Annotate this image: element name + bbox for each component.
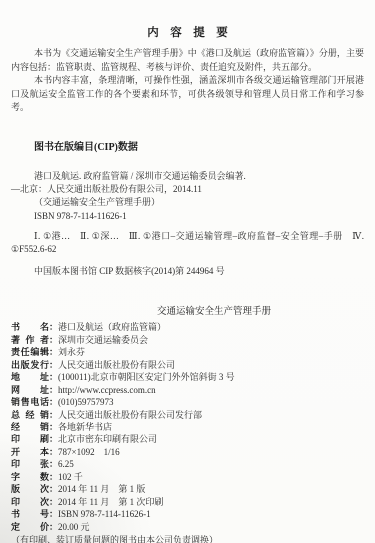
- row-label: 字数: [11, 471, 49, 483]
- row-separator: ：: [49, 422, 58, 432]
- copyright-page: 内 容 提 要 本书为《交通运输安全生产管理手册》中《港口及航运（政府监管篇）》…: [0, 0, 375, 543]
- row-separator: ：: [49, 360, 58, 370]
- summary-heading: 内 容 提 要: [11, 24, 364, 40]
- cip-heading: 图书在版编目(CIP)数据: [34, 138, 364, 153]
- row-value: 787×1092 1/16: [58, 447, 120, 457]
- colophon-row-distributor: 经销：各地新华书店: [11, 421, 364, 433]
- series-title: 交通运输安全生产管理手册: [157, 303, 364, 317]
- row-value: 各地新华书店: [58, 422, 112, 432]
- row-separator: ：: [49, 497, 58, 507]
- colophon-row-book-number: 书号：ISBN 978-7-114-11626-1: [11, 508, 364, 520]
- row-label: 版次: [11, 483, 49, 495]
- cip-registry-number: 中国版本图书馆 CIP 数据核字(2014)第 244964 号: [11, 265, 364, 278]
- row-value: 20.00 元: [58, 522, 90, 532]
- content-summary-section: 内 容 提 要 本书为《交通运输安全生产管理手册》中《港口及航运（政府监管篇）》…: [11, 24, 364, 115]
- row-separator: ：: [49, 434, 58, 444]
- row-value: 深圳市交通运输委员会: [58, 335, 148, 345]
- row-label: 书号: [11, 508, 49, 520]
- row-value: http://www.ccpress.com.cn: [58, 385, 156, 395]
- row-separator: ：: [49, 347, 58, 357]
- row-label: 印张: [11, 458, 49, 470]
- row-value: 港口及航运（政府监管篇）: [58, 322, 166, 332]
- row-separator: ：: [49, 385, 58, 395]
- row-separator: ：: [49, 484, 58, 494]
- row-separator: ：: [49, 410, 58, 420]
- cip-entry-line-1: 港口及航运. 政府监管篇 / 深圳市交通运输委员会编著.: [11, 170, 364, 183]
- row-label: 开本: [11, 446, 49, 458]
- colophon-row-address: 地址：(100011)北京市朝阳区安定门外外馆斜街 3 号: [11, 371, 364, 383]
- row-label: 出版发行: [11, 359, 49, 371]
- row-separator: ：: [49, 459, 58, 469]
- row-separator: ：: [49, 335, 58, 345]
- row-label: 销售电话: [11, 396, 49, 408]
- row-value: 刘永芬: [58, 347, 85, 357]
- cip-data-section: 图书在版编目(CIP)数据 港口及航运. 政府监管篇 / 深圳市交通运输委员会编…: [11, 138, 364, 278]
- colophon-row-impression: 印次：2014 年 11 月 第 1 次印刷: [11, 496, 364, 508]
- cip-series-note: （交通运输安全生产管理手册）: [11, 196, 364, 209]
- row-value: (010)59757973: [58, 397, 114, 407]
- colophon-row-editor: 责任编辑：刘永芬: [11, 346, 364, 358]
- summary-paragraph-2: 本书内容丰富，条理清晰，可操作性强，涵盖深圳市各级交通运输管理部门开展港口及航运…: [11, 74, 364, 115]
- colophon-row-website: 网址：http://www.ccpress.com.cn: [11, 384, 364, 396]
- row-separator: ：: [49, 447, 58, 457]
- row-label: 经销: [11, 421, 49, 433]
- row-value: 6.25: [58, 459, 74, 469]
- cip-classification: Ⅰ. ①港… Ⅱ. ①深… Ⅲ. ①港口–交通运输管理–政府监督–安全管理–手册…: [11, 230, 364, 256]
- row-value: 2014 年 11 月 第 1 次印刷: [58, 497, 163, 507]
- row-label: 网址: [11, 384, 49, 396]
- summary-paragraph-1: 本书为《交通运输安全生产管理手册》中《港口及航运（政府监管篇）》分册，主要内容包…: [11, 47, 364, 74]
- row-value: 102 千: [58, 472, 83, 482]
- colophon-row-format: 开本：787×1092 1/16: [11, 446, 364, 458]
- row-value: 北京市密东印刷有限公司: [58, 434, 157, 444]
- colophon-row-word-count: 字数：102 千: [11, 471, 364, 483]
- row-value: 人民交通出版社股份有限公司: [58, 360, 175, 370]
- colophon-row-title: 书名：港口及航运（政府监管篇）: [11, 321, 364, 333]
- colophon-section: 交通运输安全生产管理手册 书名：港口及航运（政府监管篇） 著作者：深圳市交通运输…: [11, 303, 364, 543]
- row-value: (100011)北京市朝阳区安定门外外馆斜街 3 号: [58, 372, 235, 382]
- colophon-row-author: 著作者：深圳市交通运输委员会: [11, 334, 364, 346]
- colophon-row-sales-phone: 销售电话：(010)59757973: [11, 396, 364, 408]
- row-label: 著作者: [11, 334, 49, 346]
- colophon-row-general-distributor: 总经销：人民交通出版社股份有限公司发行部: [11, 409, 364, 421]
- colophon-row-printer: 印刷：北京市密东印刷有限公司: [11, 433, 364, 445]
- colophon-row-sheets: 印张：6.25: [11, 458, 364, 470]
- row-value: 2014 年 11 月 第 1 版: [58, 484, 145, 494]
- colophon-row-publisher: 出版发行：人民交通出版社股份有限公司: [11, 359, 364, 371]
- row-value: 人民交通出版社股份有限公司发行部: [58, 410, 202, 420]
- row-separator: ：: [49, 397, 58, 407]
- row-separator: ：: [49, 472, 58, 482]
- cip-isbn: ISBN 978-7-114-11626-1: [11, 210, 364, 223]
- quality-exchange-note: （有印刷、装订质量问题的图书由本公司负责调换）: [11, 534, 364, 543]
- row-value: ISBN 978-7-114-11626-1: [58, 509, 151, 519]
- colophon-row-edition: 版次：2014 年 11 月 第 1 版: [11, 483, 364, 495]
- row-separator: ：: [49, 322, 58, 332]
- row-separator: ：: [49, 522, 58, 532]
- colophon-row-price: 定价：20.00 元: [11, 521, 364, 533]
- row-separator: ：: [49, 509, 58, 519]
- row-label: 书名: [11, 321, 49, 333]
- row-label: 责任编辑: [11, 346, 49, 358]
- row-label: 印次: [11, 496, 49, 508]
- row-label: 总经销: [11, 409, 49, 421]
- cip-entry-line-2: —北京：人民交通出版社股份有限公司，2014.11: [11, 183, 364, 196]
- row-separator: ：: [49, 372, 58, 382]
- row-label: 印刷: [11, 433, 49, 445]
- row-label: 地址: [11, 371, 49, 383]
- row-label: 定价: [11, 521, 49, 533]
